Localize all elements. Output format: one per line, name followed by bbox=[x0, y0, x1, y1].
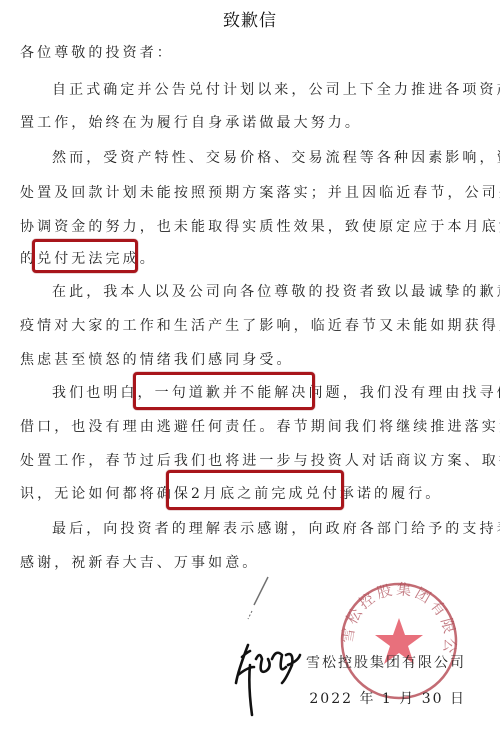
paragraph-line: 最后，向投资者的理解表示感谢，向政府各部门给予的支持表示 bbox=[52, 520, 500, 538]
paragraph-line: 疫情对大家的工作和生活产生了影响，临近春节又未能如期获得兑付， bbox=[20, 317, 470, 335]
paragraph-line: 置工作，始终在为履行自身承诺做最大努力。 bbox=[20, 114, 470, 132]
paragraph-line: 借口，也没有理由逃避任何责任。春节期间我们将继续推进落实资产 bbox=[20, 418, 470, 436]
signoff-date: 2022 年 1 月 30 日 bbox=[309, 688, 466, 708]
highlight-box-apology bbox=[133, 372, 315, 410]
paragraph-line: 焦虑甚至愤怒的情绪我们感同身受。 bbox=[20, 351, 470, 369]
signoff-company: 雪松控股集团有限公司 bbox=[306, 652, 466, 672]
paragraph-line: 协调资金的努力，也未能取得实质性效果，致使原定应于本月底完成 bbox=[20, 218, 470, 236]
paragraph-line: 感谢，祝新春大吉、万事如意。 bbox=[20, 554, 470, 572]
paragraph-line: 在此，我本人以及公司向各位尊敬的投资者致以最诚挚的歉意。 bbox=[52, 283, 500, 301]
letter-title: 致歉信 bbox=[0, 6, 500, 31]
highlight-box-payment-failed bbox=[32, 239, 138, 273]
paragraph-line: 处置及回款计划未能按照预期方案落实；并且因临近春节，公司外部 bbox=[20, 184, 470, 202]
handwritten-signature-icon bbox=[228, 575, 308, 725]
company-seal-icon: 雪松控股集团有限公司 bbox=[338, 580, 460, 702]
salutation: 各位尊敬的投资者： bbox=[20, 44, 470, 62]
highlight-box-deadline bbox=[166, 470, 344, 510]
paragraph-line: 处置工作，春节过后我们也将进一步与投资人对话商议方案、取得共 bbox=[20, 452, 470, 470]
paragraph-line: 然而，受资产特性、交易价格、交易流程等各种因素影响，资产 bbox=[52, 149, 500, 167]
paragraph-line: 自正式确定并公告兑付计划以来，公司上下全力推进各项资产处 bbox=[52, 81, 500, 99]
